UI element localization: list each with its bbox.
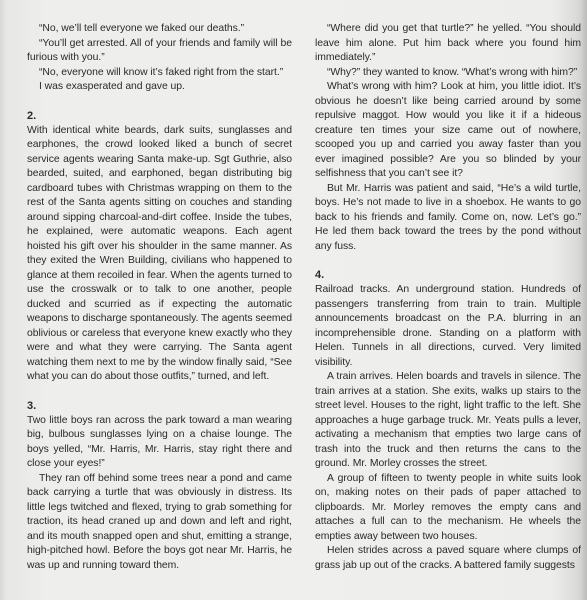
page-gutter-shadow xyxy=(0,0,6,600)
right-text-column: “Where did you get that turtle?” he yell… xyxy=(315,22,581,573)
section-3-continued-paragraph: “Why?” they wanted to know. “What’s wron… xyxy=(315,66,581,81)
page-edge-shadow xyxy=(581,0,587,600)
section-heading-4: 4. xyxy=(315,268,581,283)
section-4-paragraph: Railroad tracks. An underground station.… xyxy=(315,283,581,370)
section-3-continued-paragraph: But Mr. Harris was patient and said, “He… xyxy=(315,182,581,255)
dialogue-line: “No, everyone will know it’s faked right… xyxy=(27,66,292,81)
section-3-paragraph: Two little boys ran across the park towa… xyxy=(27,414,292,472)
section-4-paragraph: A train arrives. Helen boards and travel… xyxy=(315,370,581,472)
section-heading-3: 3. xyxy=(27,399,292,414)
section-2-paragraph: With identical white beards, dark suits,… xyxy=(27,124,292,385)
section-4-paragraph: A group of fifteen to twenty people in w… xyxy=(315,472,581,545)
section-heading-2: 2. xyxy=(27,109,292,124)
section-4-paragraph: Helen strides across a paved square wher… xyxy=(315,544,581,573)
dialogue-line: “No, we’ll tell everyone we faked our de… xyxy=(27,22,292,37)
section-3-continued-paragraph: What’s wrong with him? Look at him, you … xyxy=(315,80,581,182)
dialogue-line: “You’ll get arrested. All of your friend… xyxy=(27,37,292,66)
section-3-continued-paragraph: “Where did you get that turtle?” he yell… xyxy=(315,22,581,66)
left-text-column: “No, we’ll tell everyone we faked our de… xyxy=(27,22,292,573)
section-3-paragraph: They ran off behind some trees near a po… xyxy=(27,472,292,574)
narration-line: I was exasperated and gave up. xyxy=(27,80,292,95)
